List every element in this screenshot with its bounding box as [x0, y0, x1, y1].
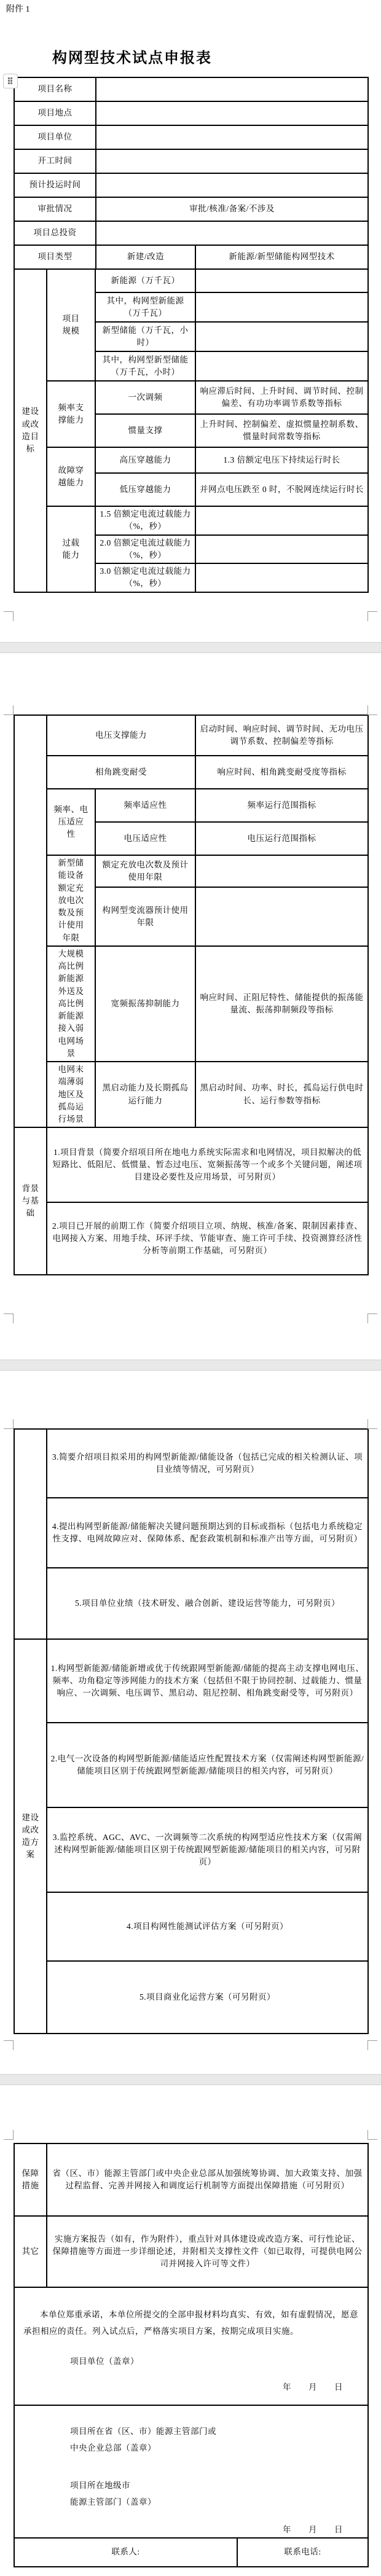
goal-row-value: 响应时间、正阻尼特性、储能提供的振荡能量流、振荡抑制频段等指标 [195, 946, 368, 1062]
goal-row-value: 上升时间、控制偏差、虚拟惯量控制系数、惯量时间常数等指标 [195, 414, 368, 447]
approval-line-3: 项目所在地级市 [70, 2477, 367, 2494]
plan-item-1[interactable]: 1.构网型新能源/储能新增或优于传统跟网型新能源/储能的提高主动支撑电网电压、频… [47, 1639, 368, 1723]
row-value[interactable] [96, 101, 368, 125]
plan-item-3[interactable]: 3.监控系统、AGC、AVC、一次调频等二次系统的构网型适应性技术方案（仅需阐述… [47, 1807, 368, 1892]
goal-row-value: 响应时间、相角跳变耐受度等指标 [195, 756, 368, 789]
approval-line-1: 项目所在省（区、市）能源主管部门或 [70, 2423, 367, 2440]
safeguard-signature-table: 保障 措施 省（区、市）能源主管部门或中央企业总部从加强统筹协调、加大政策支持、… [14, 2143, 369, 2539]
background-section-label: 背景 与基 础 [14, 1127, 47, 1275]
row-label: 项目地点 [14, 101, 96, 125]
goal-row-name: 2.0 倍额定电流过载能力（%，秒） [95, 535, 195, 564]
background-item-3[interactable]: 3.简要介绍项目拟采用的构网型新能源/储能设备（包括已完成的相关检测认证、项目业… [47, 1429, 368, 1498]
table-select-handle-icon[interactable] [3, 74, 18, 88]
page-separator [0, 1360, 381, 1371]
other-text[interactable]: 实施方案报告（如有，作为附件），重点针对具体建设或改造方案、可行性论证、保障措施… [47, 2216, 368, 2287]
goal-row-value[interactable] [195, 269, 368, 292]
goal-row-name: 一次调频 [95, 381, 195, 414]
row-value[interactable] [96, 125, 368, 149]
plan-item-4[interactable]: 4.项目构网性能测试评估方案（可另附页） [47, 1892, 368, 1961]
margin-mark [4, 1419, 14, 1429]
goal-row-value[interactable] [195, 322, 368, 351]
goal-row-name: 其中，构网型新能源（万千瓦） [95, 292, 195, 322]
approval-status-value: 审批/核准/备案/不涉及 [96, 197, 368, 221]
project-type-label: 项目类型 [14, 245, 96, 269]
storage-life-group-label: 新型储 能设备 额定充 放电次 数及预 计使用 年限 [47, 855, 95, 946]
page-separator [0, 642, 381, 653]
margin-mark [367, 611, 377, 621]
goal-row-name: 1.5 倍额定电流过载能力（%，秒） [95, 506, 195, 535]
adapt-group-label: 频率、电 压适应 性 [47, 789, 95, 855]
plan-section-label: 建设 或改 造方 案 [14, 1639, 47, 2034]
freq-group-label: 频率支 撑能力 [47, 381, 95, 447]
goal-row-value: 电压运行范围指标 [195, 822, 368, 855]
commitment-date-line: 年 月 日 [15, 2381, 367, 2394]
margin-mark [4, 2040, 14, 2050]
goal-row-value: 1.3 倍额定电压下持续运行时长 [195, 447, 368, 473]
approval-line-4: 能源主管部门（盖章） [70, 2494, 367, 2510]
safeguard-text[interactable]: 省（区、市）能源主管部门或中央企业总部从加强统筹协调、加大政策支持、加强过程监督… [47, 2143, 368, 2216]
page-1: 附件 1 构网型技术试点申报表 项目名称 项目地点 项目单位 开工时间 预计投运… [0, 0, 381, 642]
row-label: 审批情况 [14, 197, 96, 221]
margin-mark [367, 2040, 377, 2050]
row-label: 项目单位 [14, 125, 96, 149]
goal-row-name: 新型储能（万千瓦，小时） [95, 322, 195, 351]
weak-grid-group-label: 大规模 高比例 新能源 外送及 高比例 新能源 接入弱 电网场 景 [47, 946, 95, 1062]
goal-row-value[interactable] [195, 535, 368, 564]
commitment-text: 本单位郑重承诺，本单位所提交的全部申报材料均真实、有效，如有虚假情况，愿意承担相… [15, 2298, 367, 2339]
margin-mark [4, 705, 14, 715]
goal-row-name: 电压支撑能力 [47, 715, 195, 756]
project-type-option-1: 新建/改造 [96, 245, 195, 269]
row-value[interactable] [96, 173, 368, 197]
background-item-1[interactable]: 1.项目背景（简要介绍项目所在地电力系统实际需求和电网情况，项目拟解决的低短路比… [47, 1127, 368, 1202]
contact-table: 联系人: 联系电话: [14, 2537, 369, 2567]
row-label: 预计投运时间 [14, 173, 96, 197]
goal-row-name: 额定充放电次数及预计使用年限 [95, 855, 195, 887]
margin-mark [367, 1313, 377, 1323]
overload-group-label: 过载 能力 [47, 506, 95, 592]
goal-row-name: 高压穿越能力 [95, 447, 195, 473]
margin-mark [367, 1419, 377, 1429]
goal-row-name: 其中，构网型新型储能（万千瓦，小时） [95, 351, 195, 381]
background-label-continued [14, 1429, 47, 1639]
background-item-5[interactable]: 5.项目单位业绩（技术研发、融合创新、建设运营等能力，可另附页） [47, 1568, 368, 1639]
margin-mark [4, 1313, 14, 1323]
scale-group-label: 项目 规模 [47, 269, 95, 381]
page-4: 保障 措施 省（区、市）能源主管部门或中央企业总部从加强统筹协调、加大政策支持、… [0, 2085, 381, 2576]
margin-mark [367, 2130, 377, 2140]
safeguard-label: 保障 措施 [14, 2143, 47, 2216]
approval-cell: 项目所在省（区、市）能源主管部门或 中央企业总部（盖章） 项目所在地级市 能源主… [14, 2405, 368, 2538]
contact-phone-field[interactable]: 联系电话: [237, 2538, 368, 2567]
margin-mark [4, 611, 14, 621]
page-2: 电压支撑能力 启动时间、响应时间、调节时间、无功电压调节系数、控制偏差等指标 相… [0, 653, 381, 1360]
goals-section-label-continued [14, 715, 47, 1127]
goal-row-name: 低压穿越能力 [95, 473, 195, 506]
margin-mark [367, 705, 377, 715]
goal-row-name: 黑启动能力及长期孤岛运行能力 [95, 1062, 195, 1127]
project-unit-seal-line: 项目单位（盖章） [70, 2355, 367, 2368]
goal-row-value[interactable] [195, 563, 368, 592]
goal-row-value[interactable] [195, 506, 368, 535]
page-separator [0, 2074, 381, 2085]
contact-person-field[interactable]: 联系人: [14, 2538, 237, 2567]
goal-row-name: 相角跳变耐受 [47, 756, 195, 789]
goal-row-name: 频率适应性 [95, 789, 195, 822]
grid-dots-icon [8, 77, 13, 85]
row-value[interactable] [96, 149, 368, 173]
goals-table-part1: 建设 或改 造目 标 项目 规模 新能源（万千瓦） 其中，构网型新能源（万千瓦）… [14, 268, 369, 593]
row-label: 项目名称 [14, 77, 96, 101]
row-label: 项目总投资 [14, 221, 96, 245]
goal-row-value: 黑启动时间、功率、时长，孤岛运行供电时长、运行参数等指标 [195, 1062, 368, 1127]
goal-row-name: 3.0 倍额定电流过载能力（%，秒） [95, 563, 195, 592]
goal-row-value[interactable] [195, 292, 368, 322]
row-value[interactable] [96, 221, 368, 245]
goals-section-label: 建设 或改 造目 标 [14, 269, 47, 592]
margin-mark [4, 2130, 14, 2140]
goal-row-name: 惯量支撑 [95, 414, 195, 447]
goal-row-value: 启动时间、响应时间、调节时间、无功电压调节系数、控制偏差等指标 [195, 715, 368, 756]
background-item-4[interactable]: 4.提出构网型新能源/储能解决关键问题预期达到的目标或指标（包括电力系统稳定性支… [47, 1498, 368, 1568]
background-item-2[interactable]: 2.项目已开展的前期工作（简要介绍项目立项、纳规、核准/备案、限制因素排查、电网… [47, 1202, 368, 1275]
goal-row-value[interactable] [195, 855, 368, 887]
fault-group-label: 故障穿 越能力 [47, 447, 95, 506]
goal-row-value: 响应滞后时间、上升时间、调节时间、控制偏差、有功功率调节系数等指标 [195, 381, 368, 414]
island-group-label: 电网末 端薄弱 地区及 孤岛运 行场景 [47, 1062, 95, 1127]
document-title: 构网型技术试点申报表 [52, 45, 381, 67]
goal-row-value: 频率运行范围指标 [195, 789, 368, 822]
goal-row-name: 新能源（万千瓦） [95, 269, 195, 292]
attachment-label: 附件 1 [0, 0, 381, 15]
plan-item-2[interactable]: 2.电气一次设备的构网型新能源/储能适应性配置技术方案（仅需阐述构网型新能源/储… [47, 1723, 368, 1807]
row-value[interactable] [96, 77, 368, 101]
row-label: 开工时间 [14, 149, 96, 173]
commitment-cell: 本单位郑重承诺，本单位所提交的全部申报材料均真实、有效，如有虚假情况，愿意承担相… [14, 2287, 368, 2405]
other-label: 其它 [14, 2216, 47, 2287]
approval-date-line: 年 月 日 [15, 2524, 367, 2536]
goal-row-value[interactable] [195, 887, 368, 946]
goal-row-name: 构网型变流器预计使用年限 [95, 887, 195, 946]
page-3: 3.简要介绍项目拟采用的构网型新能源/储能设备（包括已完成的相关检测认证、项目业… [0, 1371, 381, 2074]
approval-line-2: 中央企业总部（盖章） [70, 2440, 367, 2456]
project-info-table: 项目名称 项目地点 项目单位 开工时间 预计投运时间 审批情况审批/核准/备案/… [14, 77, 369, 270]
project-type-option-2: 新能源/新型储能构网型技术 [195, 245, 368, 269]
goal-row-value: 并网点电压跌至 0 时，不脱网连续运行时长 [195, 473, 368, 506]
goal-row-name: 电压适应性 [95, 822, 195, 855]
plan-item-5[interactable]: 5.项目商业化运营方案（可另附页） [47, 1961, 368, 2034]
background-plan-table: 3.简要介绍项目拟采用的构网型新能源/储能设备（包括已完成的相关检测认证、项目业… [14, 1428, 369, 2034]
goals-table-part2: 电压支撑能力 启动时间、响应时间、调节时间、无功电压调节系数、控制偏差等指标 相… [14, 714, 369, 1275]
goal-row-name: 宽频振荡抑制能力 [95, 946, 195, 1062]
goal-row-value[interactable] [195, 351, 368, 381]
